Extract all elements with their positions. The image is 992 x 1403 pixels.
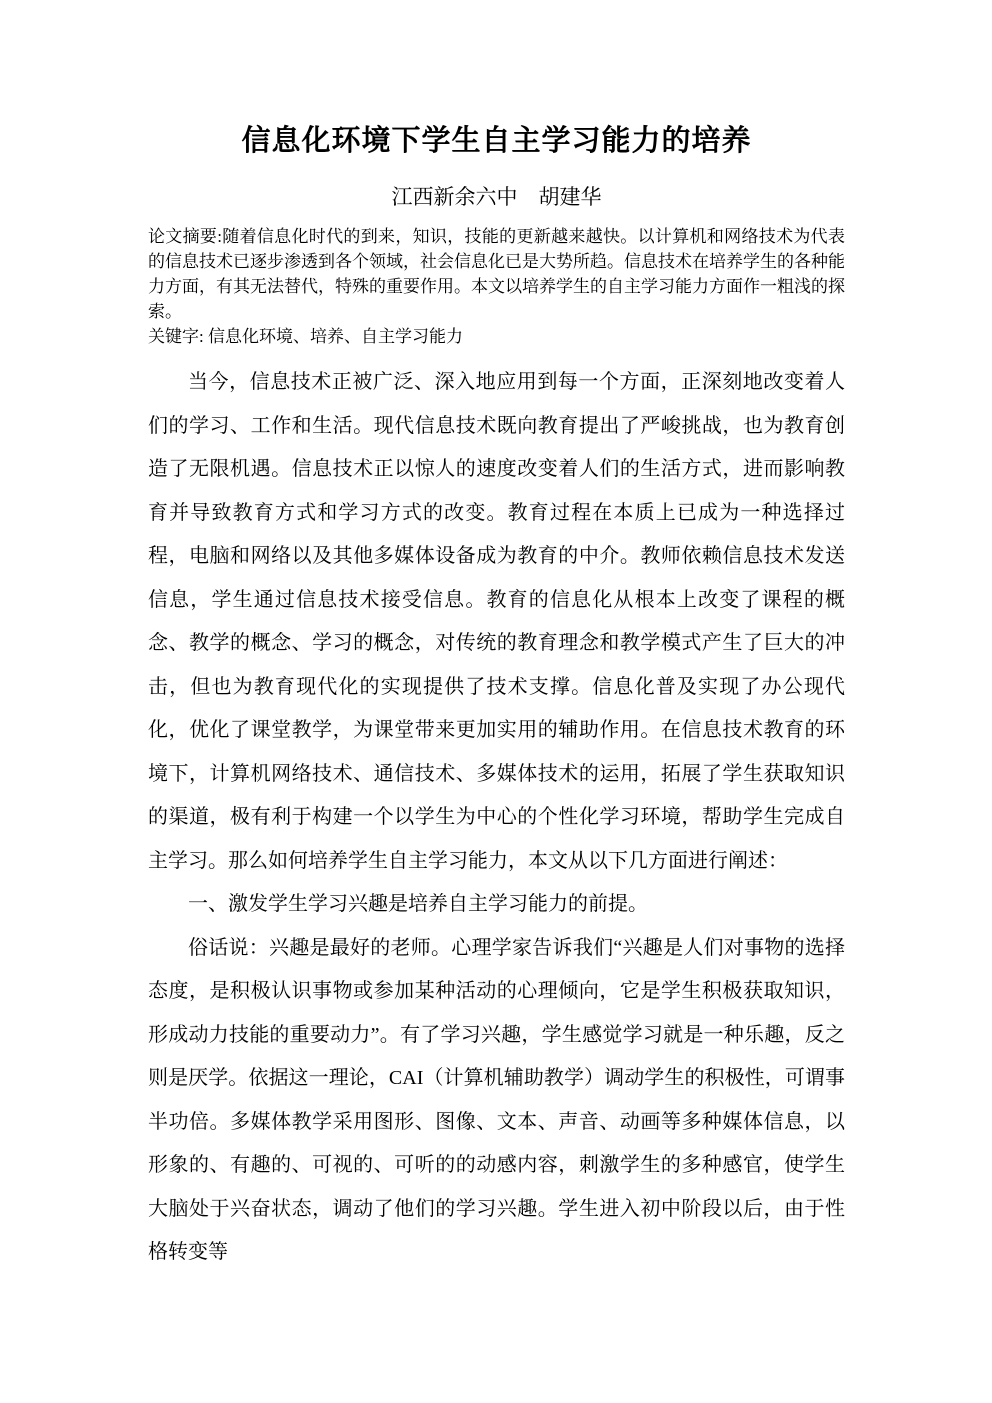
- document-content: 信息化环境下学生自主学习能力的培养 江西新余六中 胡建华 论文摘要:随着信息化时…: [0, 120, 992, 1275]
- body-paragraph-1: 当今，信息技术正被广泛、深入地应用到每一个方面，正深刻地改变着人们的学习、工作和…: [148, 361, 845, 883]
- body-paragraph-2: 俗话说：兴趣是最好的老师。心理学家告诉我们“兴趣是人们对事物的选择态度，是积极认…: [148, 927, 845, 1275]
- abstract-block: 论文摘要:随着信息化时代的到来，知识，技能的更新越来越快。以计算机和网络技术为代…: [148, 224, 845, 349]
- section-heading-1: 一、激发学生学习兴趣是培养自主学习能力的前提。: [148, 883, 845, 927]
- document-title: 信息化环境下学生自主学习能力的培养: [148, 120, 845, 162]
- abstract-text: 随着信息化时代的到来，知识，技能的更新越来越快。以计算机和网络技术为代表的信息技…: [148, 227, 845, 321]
- document-page: 信息化环境下学生自主学习能力的培养 江西新余六中 胡建华 论文摘要:随着信息化时…: [0, 0, 992, 1403]
- abstract-label: 论文摘要:: [148, 227, 222, 246]
- keywords-text: 信息化环境、培养、自主学习能力: [204, 327, 463, 346]
- keywords-label: 关键字:: [148, 327, 204, 346]
- author-line: 江西新余六中 胡建华: [148, 182, 845, 212]
- abstract-paragraph: 论文摘要:随着信息化时代的到来，知识，技能的更新越来越快。以计算机和网络技术为代…: [148, 224, 845, 324]
- keywords-line: 关键字: 信息化环境、培养、自主学习能力: [148, 324, 845, 349]
